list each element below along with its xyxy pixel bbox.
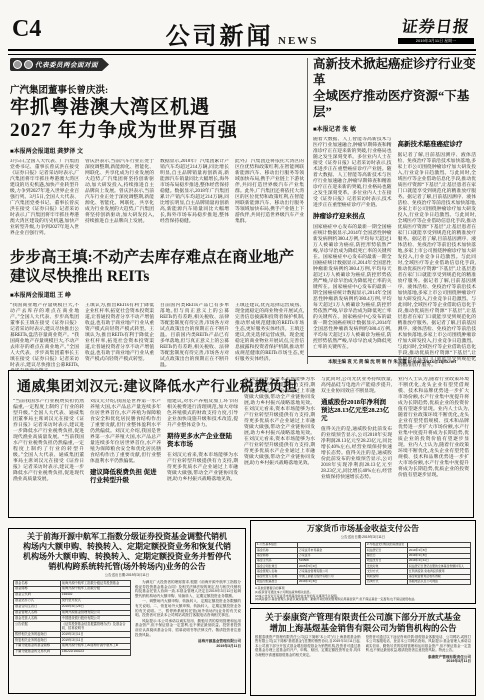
notice-signature: 前海开源基金管理有限公司 2019年3月11日 — [135, 639, 241, 649]
paper-name-logotype: 证券日报 — [400, 14, 471, 37]
body-column: 数据显示,2018年广汽集团累计产销汽车均超过214万辆,同比增长明显,自主品牌… — [160, 159, 229, 241]
body-paragraph: 据记者了解,目前基因测序、液体活检、免疫治疗等前沿技术加快落地,多家上市公司围绕… — [398, 153, 477, 369]
article-headline: 建议尽快推出 REITs — [10, 267, 304, 286]
article-body-columns: “当前我国水产行业税费负担仍然偏重,一定程度上制约了行业的转型升级。”全国人大代… — [13, 371, 469, 513]
body-column: 目前国内类REITs产品已有多单落地,但与真正意义上的公募REITs仍有差距,相… — [160, 303, 229, 375]
body-column: 业内人士认为,随着行业政策环境不断优化,龙头企业有望凭借规模、技术和品牌优势进一… — [398, 377, 469, 513]
article-body-columns: 3月5日,全国人大代表、广汽集团党委书记、董事长曾庆洪在接受《证券日报》记者采访… — [10, 159, 304, 241]
body-paragraph: 在刘汉元看来,资本市场能够为水产行业转型升级提供有力支持,期待更多优质水产企业通… — [167, 453, 238, 483]
table-cell-label: 公告依据 — [14, 622, 61, 632]
body-column: 高新技术瞄准癌症诊疗 据记者了解,目前基因测序、液体活检、免疫治疗等前沿技术加快… — [398, 137, 477, 381]
body-paragraph: 国家癌症中心发布的最新一期全国癌症统计数据显示,2014年全国恶性肿瘤新发病例约… — [313, 225, 392, 351]
body-column: “当前我国水产行业税费负担仍然偏重,一定程度上制约了行业的转型升级。”全国人大代… — [13, 399, 84, 513]
article-subhead: 通威股份2018年净利润预达28.13亿元至28.23亿元 — [321, 399, 392, 423]
notice-title-line: 增加上海基煜基金销售有限公司为销售机构的公告 — [255, 623, 471, 634]
notice-paragraph: 风险提示:本公司承诺以诚实信用、勤勉尽责的原则管理和运用基金资产,但不保证基金一… — [135, 619, 241, 637]
article-kicker: 广汽集团董事长曾庆洪: — [10, 82, 304, 96]
article-headline: 牢抓粤港澳大湾区机遇 — [10, 96, 304, 119]
table-row: 下属分级基金的交易代码 150222/150223 — [14, 649, 131, 655]
body-column: 根据泰康资产管理有限责任公司(以下简称“本公司”)与上海基煜基金销售有限公司(以… — [255, 635, 361, 687]
notice-date-line: 公告送出日期:2019年3月11日 — [13, 573, 241, 578]
delegate-icon — [24, 60, 33, 69]
notice-signature: 泰康资产管理有限责任公司 2019年3月11日 — [366, 655, 472, 665]
notice-notes: 3.其他需要提示的事项(1)投资者可通过本公司网站查询相关信息。(2)本公告仅对… — [255, 587, 471, 603]
masthead-rule — [8, 49, 476, 55]
notice-paragraph: 投资者可通过以下途径咨询详情:基煜基金客服电话、公司网站,或拨打本公司客服电话、… — [366, 635, 472, 653]
payout-info-table: 2.与收益支付相关的其他信息 权益登记日 2019年3月8日 除息日 2019年… — [365, 542, 471, 585]
section-subtitle: NEWS — [278, 35, 318, 47]
notice-date-line: 公告送出日期:2019年3月11日 — [255, 535, 471, 540]
section-title: 公司新闻 — [166, 24, 274, 50]
article-subhead: 肿瘤诊疗迎来拐点 — [313, 213, 392, 221]
fund-notice-wanjia: 万家货币市场基金收益支付公告 公告送出日期:2019年3月11日 1.公告基本信… — [250, 520, 476, 604]
table-cell-label: 收益分配基准日 — [256, 579, 298, 584]
notice-body-columns: 根据泰康资产管理有限责任公司(以下简称“本公司”)与上海基煜基金销售有限公司(以… — [255, 635, 471, 687]
table-row: 公告依据 《证券投资基金信息披露管理办法》及基金合同、招募说明书 — [14, 622, 131, 632]
table-cell-value: 2019年3月8日 — [298, 579, 361, 584]
body-paragraph: 值得关注的是,通威股份此前发布的业绩预告显示,公司2018年实现净利润28.13… — [321, 427, 392, 481]
body-column: 投资者可通过以下途径咨询详情:基煜基金客服电话、公司网站,或拨打本公司客服电话、… — [366, 635, 472, 687]
article-body-columns: “我国商业地产存量规模巨大,不动产去库存的难点在商业地产。”全国人大代表、步步高… — [10, 303, 304, 375]
article-subhead: 期待更多水产企业登陆资本市场 — [167, 433, 238, 449]
editor-credit-line: 本版主编 袁 元 责 编 沈 明 制 作 朱玉霞 E-mail:zmzx@zqr… — [308, 356, 476, 365]
table-row: 收益分配基准日 2019年3月8日 — [256, 579, 361, 584]
paper-date: 2019年3月11日 星期一 — [398, 38, 474, 44]
article-byline: ■本报两会报道组 王 峥 — [10, 290, 304, 299]
notice-title-line: 销机构跨系统转托管(场外转场内)业务的公告 — [13, 562, 241, 572]
badge-label: 代表委员两会面对面 — [35, 60, 98, 69]
notice-paragraph: 一、调整场内大额申购、转换转入、定期定额投资业务限额的有关说明。二、恢复场外大额… — [135, 599, 241, 617]
body-column: 3月5日,全国人大代表、广汽集团党委书记、董事长曾庆洪在接受《证券日报》记者采访… — [10, 159, 79, 241]
body-column: 王填认为,推出REITs有利于降低企业杠杆率,拓宽社会资本投资渠道,让普通投资者… — [85, 303, 154, 375]
article-headline: 高新技术掀起癌症诊疗行业变革 — [313, 56, 476, 88]
body-paragraph: 他建议,对水产养殖及加工环节的相关税费进行清理规范,加大对绿色养殖模式的财政支持… — [167, 399, 238, 429]
article-subhead: 建议降低税费负担 促进行业转型升级 — [90, 469, 161, 485]
notice-title-line: 关于泰康资产管理有限责任公司旗下部分开放式基金 — [255, 612, 471, 623]
body-column: 在刘汉元看来,资本市场能够为水产行业转型升级提供有力支持,期待更多优质水产企业通… — [244, 377, 315, 513]
notice-title: 万家货币市场基金收益支付公告 — [255, 524, 471, 534]
body-column: 刘汉元介绍,我国是世界第一水产养殖大国,水产品总产量连续多年位居世界首位,水产养… — [90, 399, 161, 513]
body-column: 王填还建议,优先选择运营成熟、现金流稳定的商业物业开展试点,完善信息披露和投资者… — [235, 303, 304, 375]
body-paragraph: 随着大数据、人工智能等高新技术与医疗行业加速融合,肿瘤早期筛查和精准诊疗正在迎来… — [313, 137, 392, 209]
body-column: 他建议,对水产养殖及加工环节的相关税费进行清理规范,加大对绿色养殖模式的财政支持… — [167, 399, 238, 513]
column-badge: 代表委员两会面对面 — [10, 58, 109, 71]
article-bubugao: 步步高王填:不动产去库存难点在商业地产 建议尽快推出 REITs ■本报两会报道… — [10, 248, 304, 375]
article-body-columns: 随着大数据、人工智能等高新技术与医疗行业加速融合,肿瘤早期筛查和精准诊疗正在迎来… — [313, 137, 476, 381]
notice-title-line: 关于前海开源中航军工指数分级证券投资基金调整代销机 — [13, 532, 241, 542]
article-headline: 步步高王填:不动产去库存难点在商业地产 — [10, 248, 304, 267]
table-row: 咨询方式 客服电话以及公司网站 — [366, 579, 471, 584]
fund-notice-taikang: 关于泰康资产管理有限责任公司旗下部分开放式基金 增加上海基煜基金销售有限公司为销… — [250, 608, 476, 696]
body-paragraph: 与此同时,公司光伏业务持续放量,高纯晶硅与电池片产能稳步提升,双主业协同效应不断… — [321, 377, 392, 395]
notice-title: 关于前海开源中航军工指数分级证券投资基金调整代销机构场内大额申购、转换转入、定期… — [13, 532, 241, 572]
table-cell-value: 150222/150223 — [60, 649, 130, 655]
fund-info-table: 基金名称 前海开源中航军工指数分级证券投资基金 基金简称 前海开源中航军工指数分… — [13, 580, 131, 656]
column-divider — [307, 58, 308, 364]
body-column: 随着大数据、人工智能等高新技术与医疗行业加速融合,肿瘤早期筛查和精准诊疗正在迎来… — [313, 137, 392, 381]
table-cell-label: 咨询方式 — [366, 579, 408, 584]
notice-title-line: 构场内大额申购、转换转入、定期定额投资业务和恢复代销 — [13, 542, 241, 552]
notice-paragraph: 为满足广大投资者的理财需求,根据《前海开源中航军工指数分级证券投资基金基金合同》… — [135, 580, 241, 598]
signature-date: 2019年3月11日 — [135, 644, 241, 649]
delegate-icon — [13, 60, 22, 69]
notice-body-text: 为满足广大投资者的理财需求,根据《前海开源中航军工指数分级证券投资基金基金合同》… — [135, 580, 241, 656]
left-column-region: 代表委员两会面对面 广汽集团董事长曾庆洪: 牢抓粤港澳大湾区机遇 2027 年力… — [10, 56, 304, 366]
table-cell-value: 《证券投资基金信息披露管理办法》及基金合同、招募说明书 — [60, 622, 130, 632]
notice-tables: 1.公告基本信息 基金名称 万家货币市场基金 基金简称 万家货币 基金主代码 5… — [255, 542, 471, 585]
body-column: 与此同时,公司光伏业务持续放量,高纯晶硅与电池片产能稳步提升,双主业协同效应不断… — [321, 377, 392, 513]
body-column: “我国商业地产存量规模巨大,不动产去库存的难点在商业地产。”全国人大代表、步步高… — [10, 303, 79, 375]
notice-content: 基金名称 前海开源中航军工指数分级证券投资基金 基金简称 前海开源中航军工指数分… — [13, 580, 241, 656]
article-byline: ■本报两会报道组 龚梦泽 文 — [10, 146, 304, 155]
article-headline: 2027 年力争成为世界百强 — [10, 119, 304, 142]
masthead: C4 公司新闻 NEWS 证券日报 2019年3月11日 星期一 — [8, 12, 476, 48]
table-cell-label: 下属分级基金的交易代码 — [14, 649, 61, 655]
article-gac: 代表委员两会面对面 广汽集团董事长曾庆洪: 牢抓粤港澳大湾区机遇 2027 年力… — [10, 56, 304, 241]
right-column-region: 高新技术掀起癌症诊疗行业变革 全域医疗推动医疗资源“下基层” ■本报记者 张 敏… — [313, 56, 476, 354]
notice-title-line: 机构场外大额申购、转换转入、定期定额投资业务并暂停代 — [13, 552, 241, 562]
article-subhead: 高新技术瞄准癌症诊疗 — [398, 141, 477, 149]
article-byline: ■本报记者 张 敏 — [313, 124, 476, 133]
paper-logo: 证券日报 2019年3月11日 星期一 — [398, 14, 474, 44]
body-paragraph: 刘汉元介绍,我国是世界第一水产养殖大国,水产品总产量连续多年位居世界首位,水产养… — [90, 399, 161, 465]
notice-note-line: (3)风险提示:基金管理人承诺以诚实信用、勤勉尽责的原则管理和运用基金资产,但不… — [255, 598, 471, 602]
signature-date: 2019年3月11日 — [366, 659, 472, 664]
fund-info-table: 1.公告基本信息 基金名称 万家货币市场基金 基金简称 万家货币 基金主代码 5… — [255, 542, 361, 585]
fund-notice-qianhai: 关于前海开源中航军工指数分级证券投资基金调整代销机构场内大额申购、转换转入、定期… — [8, 528, 246, 694]
article-headline: 全域医疗推动医疗资源“下基层” — [313, 88, 476, 120]
article-tongwei-box: 通威集团刘汉元:建议降低水产行业税费负担 “当前我国水产行业税费负担仍然偏重,一… — [8, 370, 474, 518]
table-cell-value: 客服电话以及公司网站 — [408, 579, 471, 584]
body-column: 曾庆洪表示,当前汽车行业正处于深度调整期,新能源化、智能化、网联化、共享化成为行… — [85, 159, 154, 241]
body-column: 此外,广汽集团还将依托大湾区的区位优势和政策红利,在智能网联新能源汽车、移动出行… — [235, 159, 304, 241]
